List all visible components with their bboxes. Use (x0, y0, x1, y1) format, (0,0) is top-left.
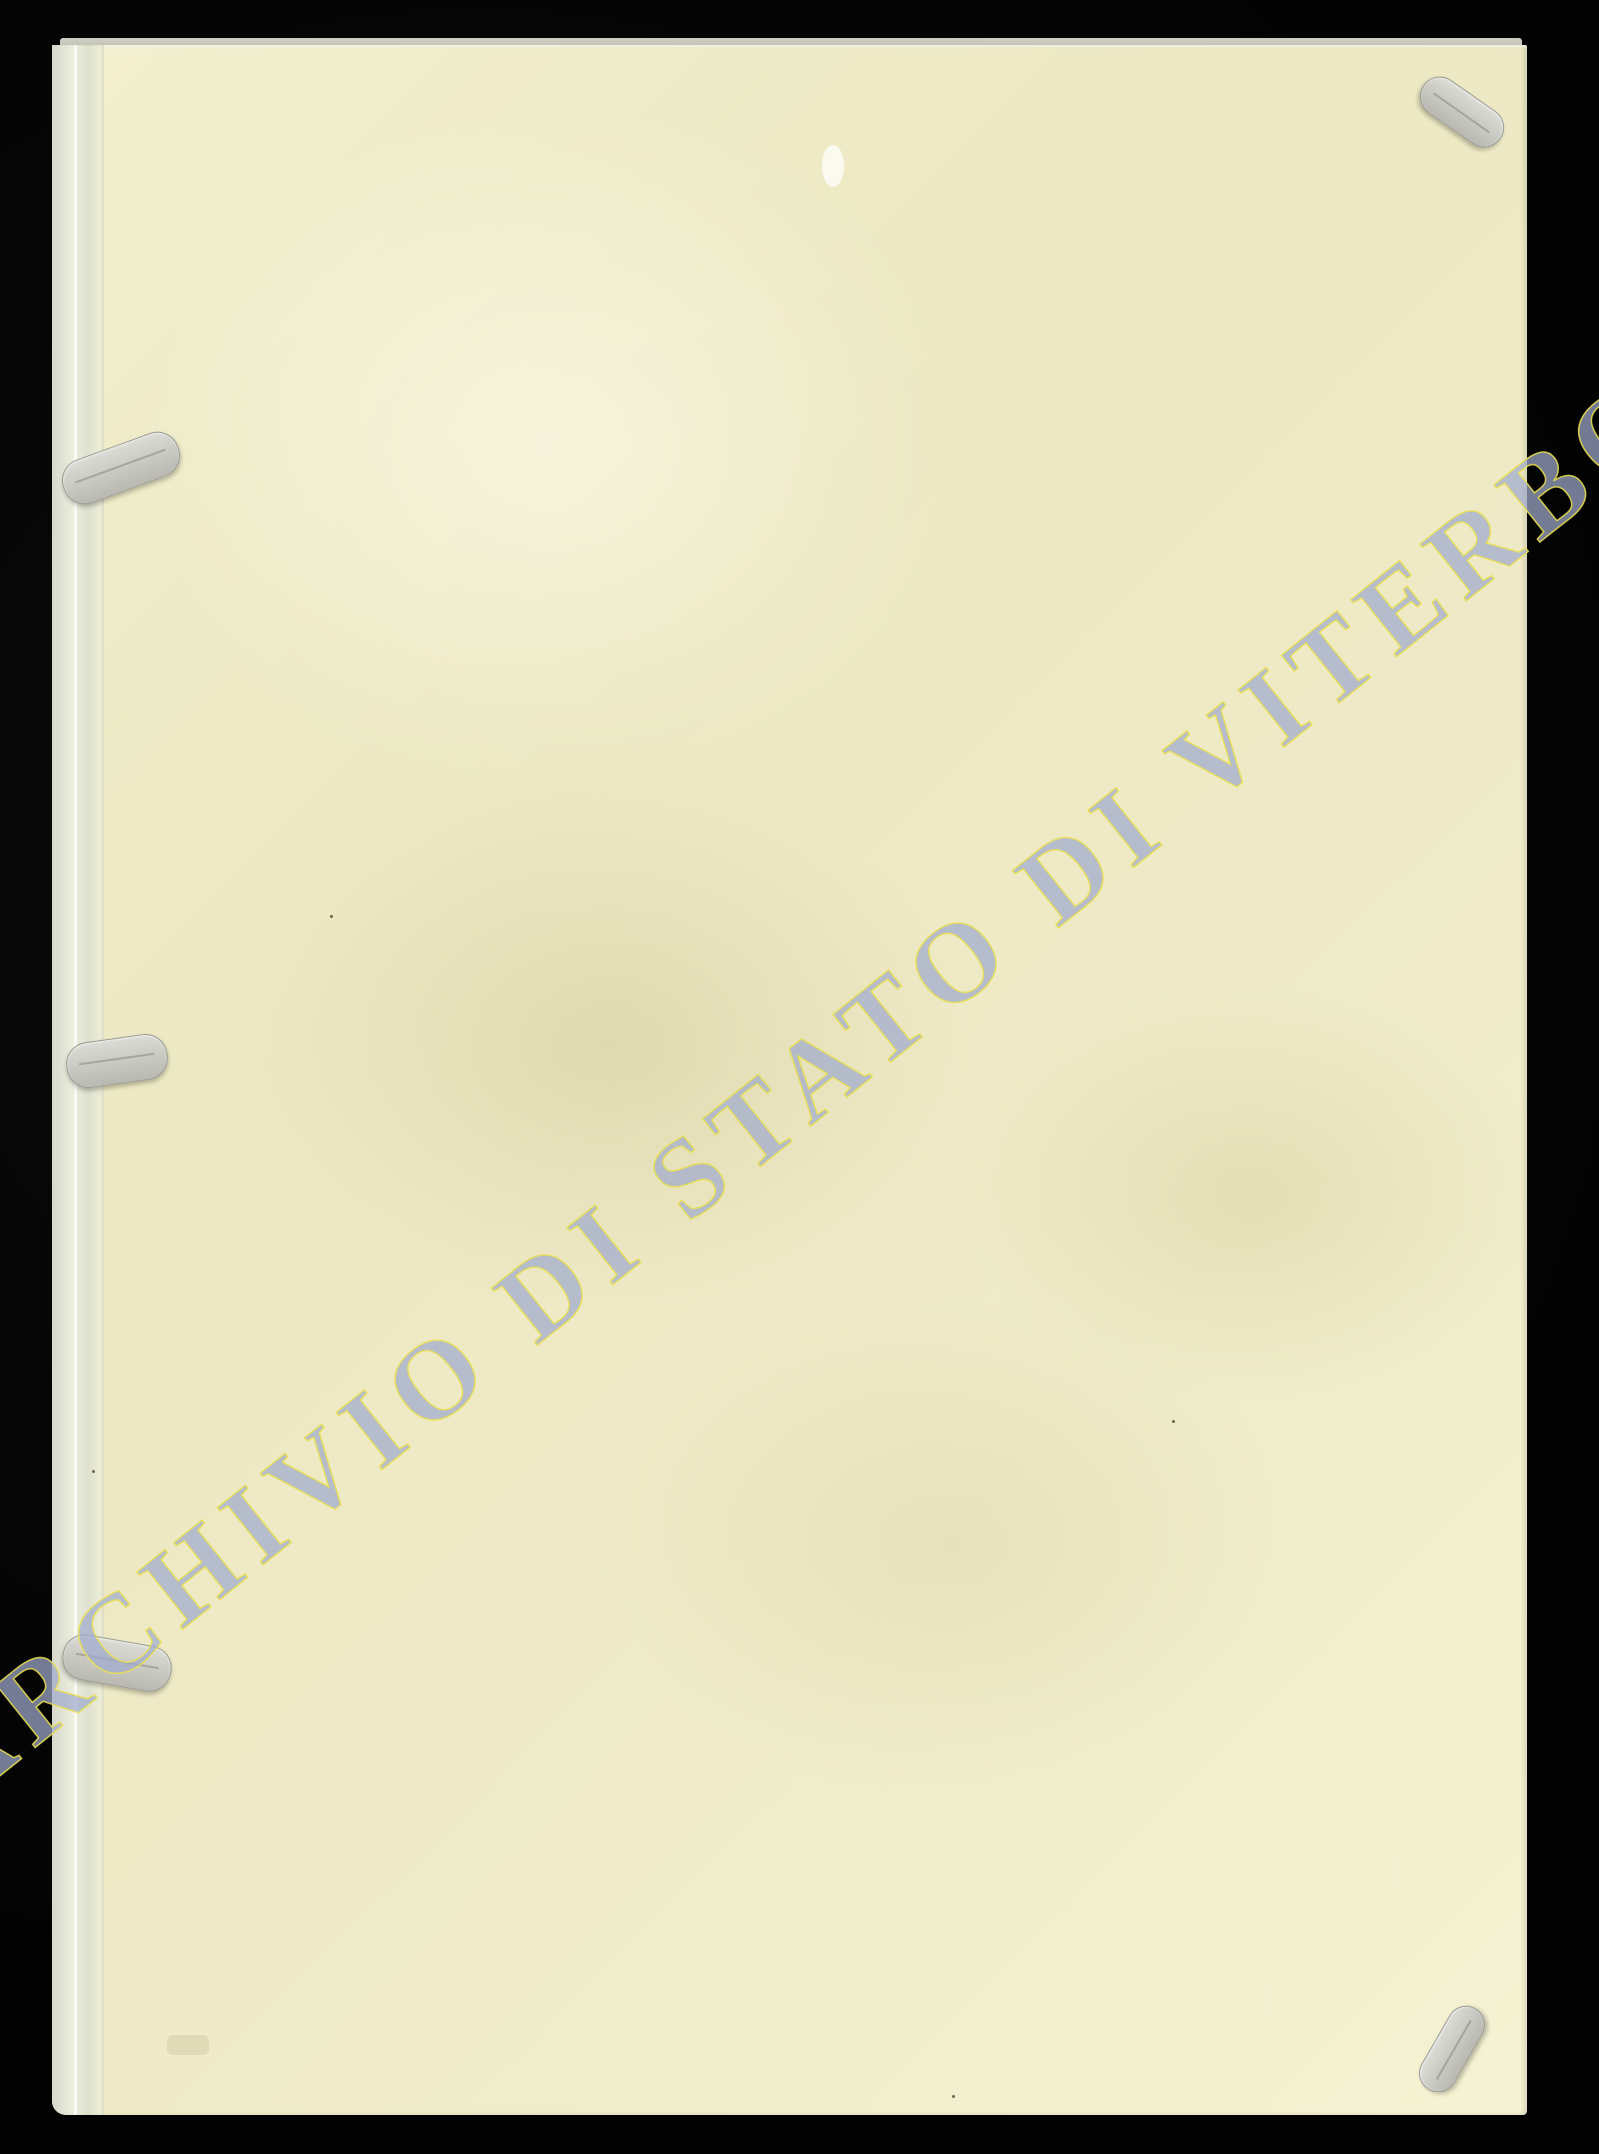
speck (952, 2095, 955, 2098)
speck (92, 1470, 95, 1473)
speck (330, 915, 333, 918)
surface-scuff (822, 145, 844, 187)
speck (1172, 1420, 1175, 1423)
faint-ink-mark (167, 2035, 209, 2055)
vellum-cover (52, 45, 1527, 2115)
